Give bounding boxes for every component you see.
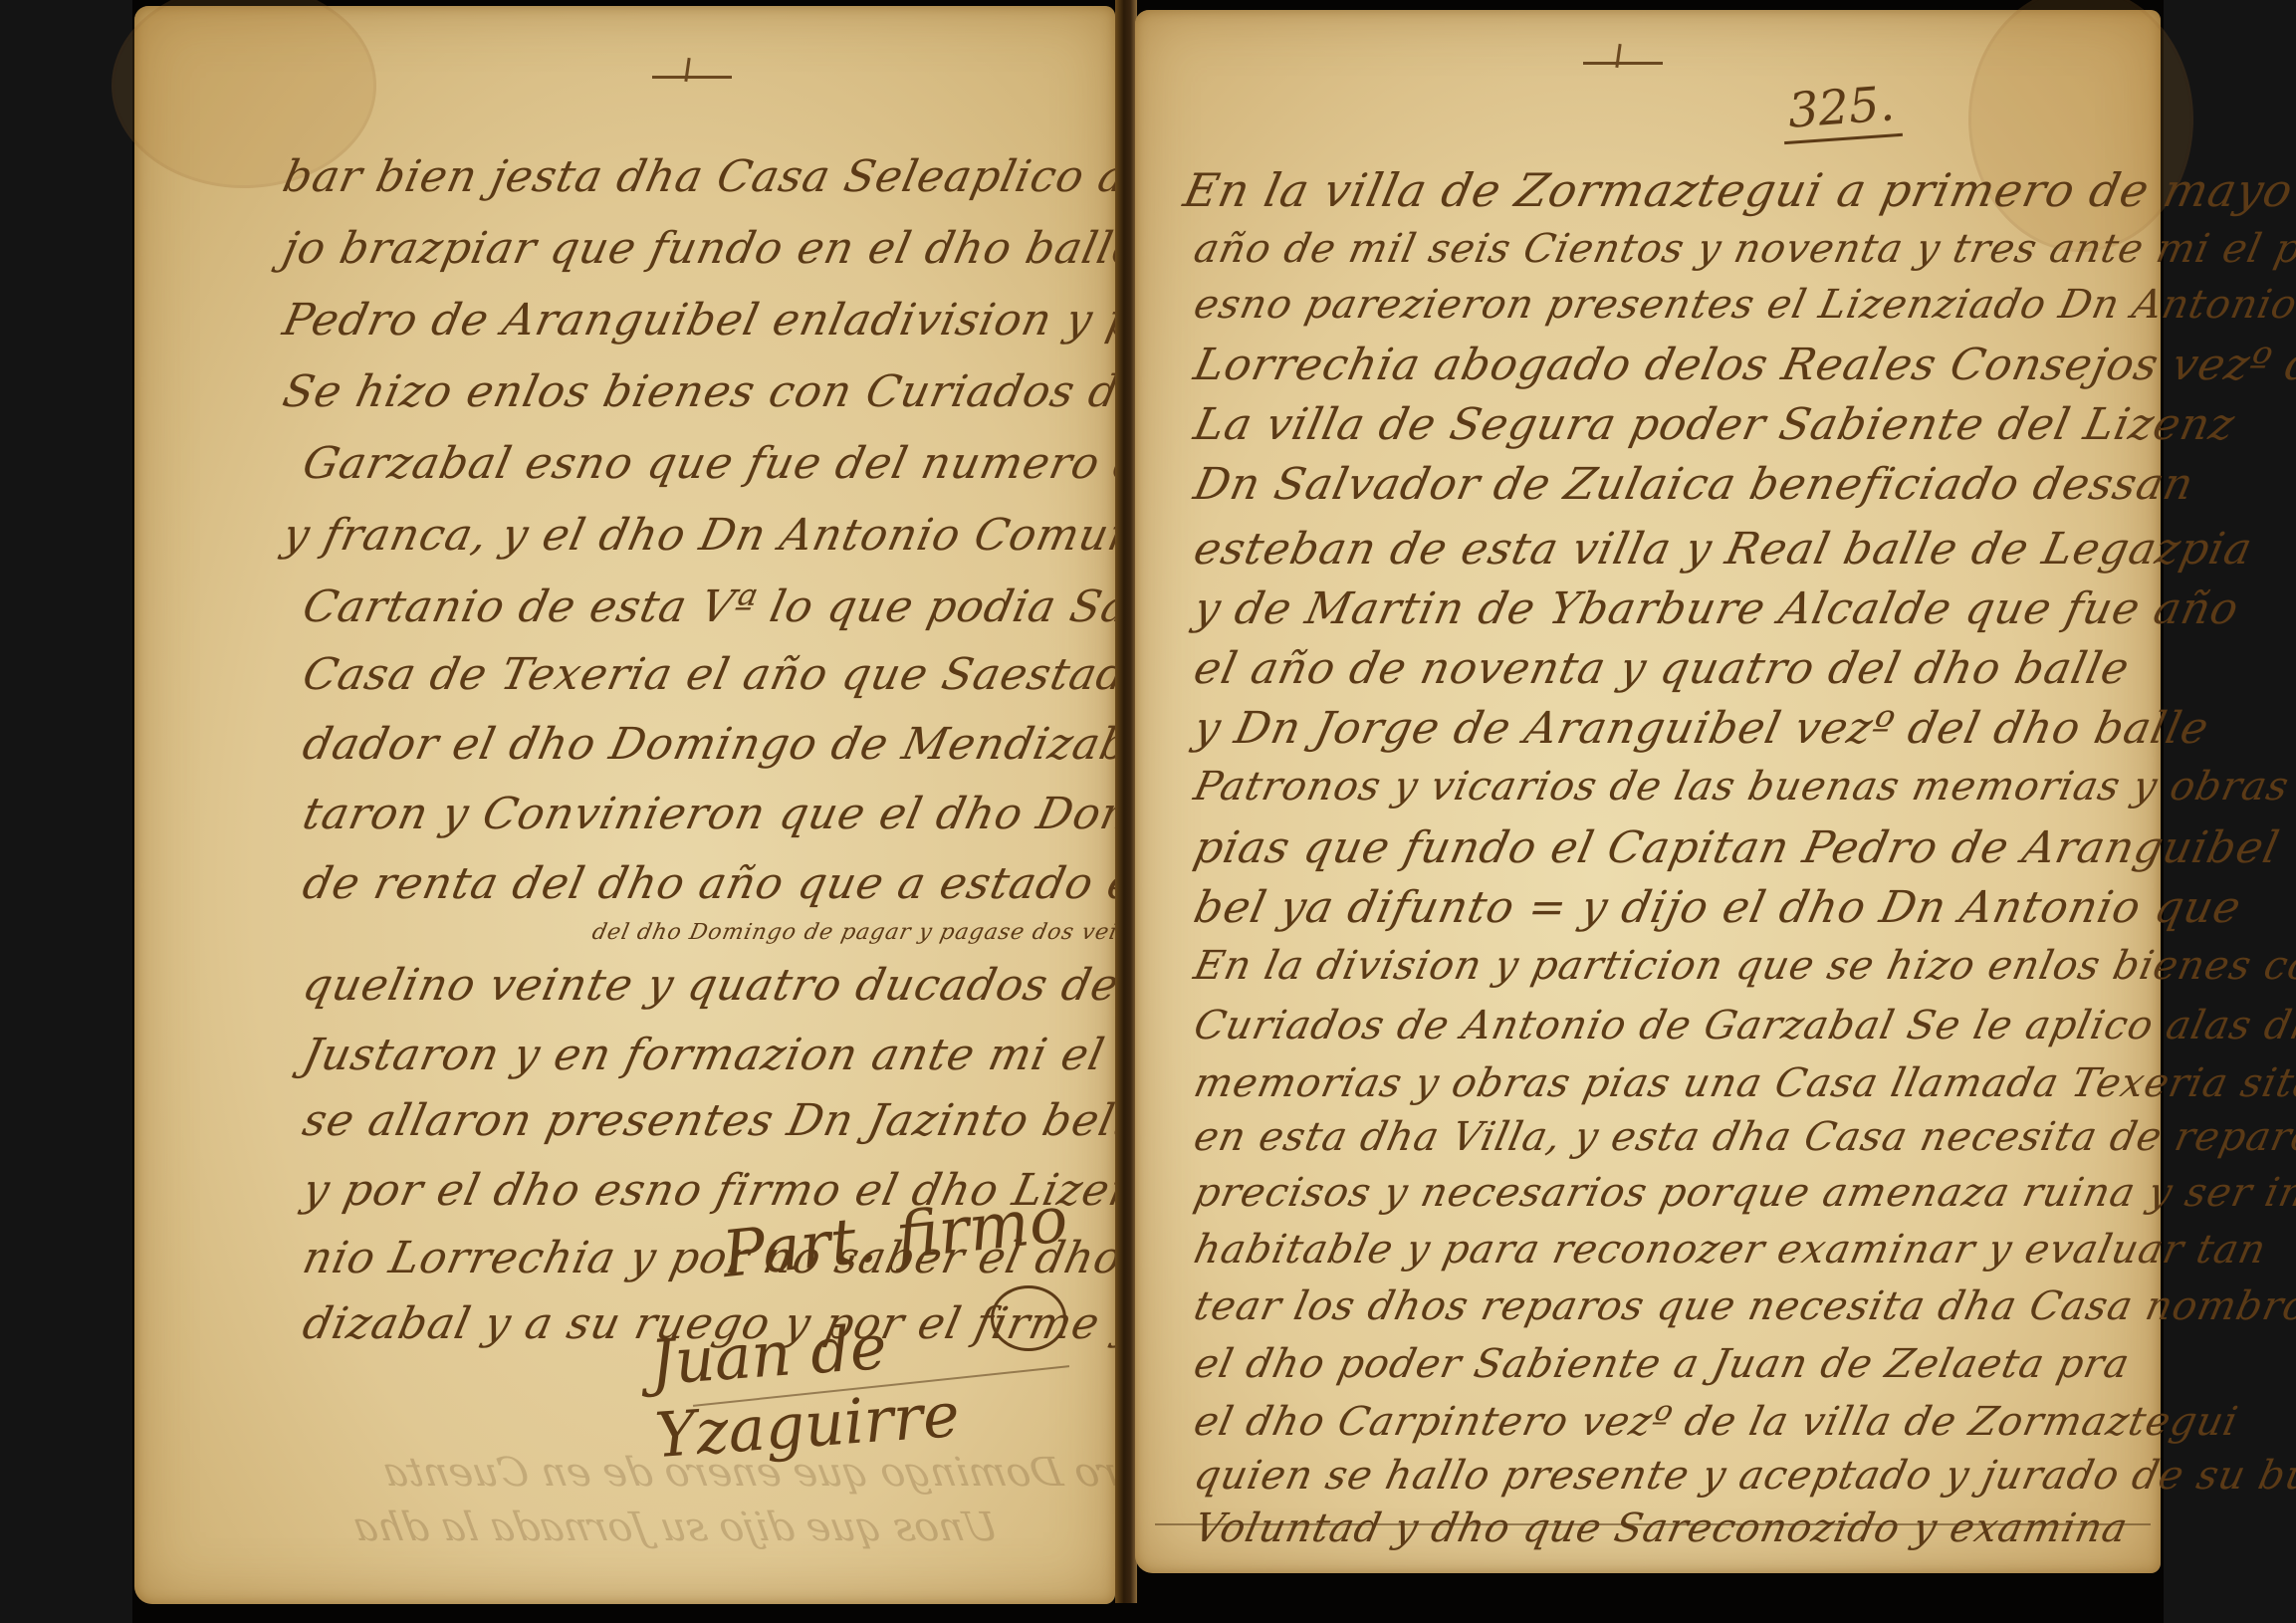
text-line: habitable y para reconozer examinar y ev…: [1191, 1230, 2270, 1270]
text-line: precisos y necesarios porque amenaza rui…: [1191, 1173, 2296, 1213]
folio-cross-mark: [652, 76, 732, 79]
text-line: bel ya difunto = y dijo el dho Dn Antoni…: [1190, 886, 2245, 930]
text-line: en esta dha Villa, y esta dha Casa neces…: [1191, 1117, 2296, 1157]
text-line: esno parezieron presentes el Lizenziado …: [1191, 285, 2296, 325]
text-line: La villa de Segura poder Sabiente del Li…: [1190, 403, 2238, 447]
text-line: el dho poder Sabiente a Juan de Zelaeta …: [1191, 1344, 2134, 1384]
text-line: quien se hallo presente y aceptado y jur…: [1191, 1456, 2296, 1496]
text-line: Patronos y vicarios de las buenas memori…: [1191, 767, 2293, 807]
bleed-through-text: Unos que dijo su Jornada la dha: [349, 1505, 1002, 1550]
book-gutter: [1115, 0, 1137, 1603]
text-line: En la division y particion que se hizo e…: [1191, 946, 2296, 986]
text-line: el año de noventa y quatro del dho balle: [1190, 647, 2133, 691]
text-line: Voluntad y dho que Sareconozido y examin…: [1191, 1508, 2132, 1548]
page-number: 325.: [1780, 76, 1903, 144]
folio-cross-mark: [1583, 62, 1663, 65]
text-line: y Dn Jorge de Aranguibel vezº del dho ba…: [1190, 707, 2212, 751]
text-line: Dn Salvador de Zulaica beneficiado dessa…: [1190, 463, 2197, 507]
left-page: bar bien jesta dha Casa Seleaplico alas …: [134, 6, 1115, 1604]
text-line: esteban de esta villa y Real balle de Le…: [1190, 528, 2256, 572]
text-line: Lorrechia abogado delos Reales Consejos …: [1190, 344, 2296, 387]
right-page: 325. En la villa de Zormaztegui a primer…: [1135, 10, 2161, 1573]
text-line: año de mil seis Cientos y noventa y tres…: [1191, 229, 2296, 269]
manuscript-spread: bar bien jesta dha Casa Seleaplico alas …: [134, 0, 2161, 1623]
text-line: memorias y obras pias una Casa llamada T…: [1191, 1063, 2296, 1103]
text-line: y de Martin de Ybarbure Alcalde que fue …: [1190, 587, 2242, 631]
text-line: pias que fundo el Capitan Pedro de Arang…: [1190, 826, 2283, 870]
text-line: el dho Carpintero vezº de la villa de Zo…: [1191, 1402, 2242, 1442]
ruled-line: [1155, 1523, 2151, 1525]
text-line: En la villa de Zormaztegui a primero de …: [1180, 167, 2296, 213]
text-line: Curiados de Antonio de Garzabal Se le ap…: [1191, 1006, 2296, 1045]
notary-rubric-flourish: [991, 1285, 1066, 1351]
bleed-through-text: ver otro Domingo que enero de en Cuenta: [379, 1450, 1240, 1496]
text-line: tear los dhos reparos que necesita dha C…: [1191, 1286, 2296, 1326]
